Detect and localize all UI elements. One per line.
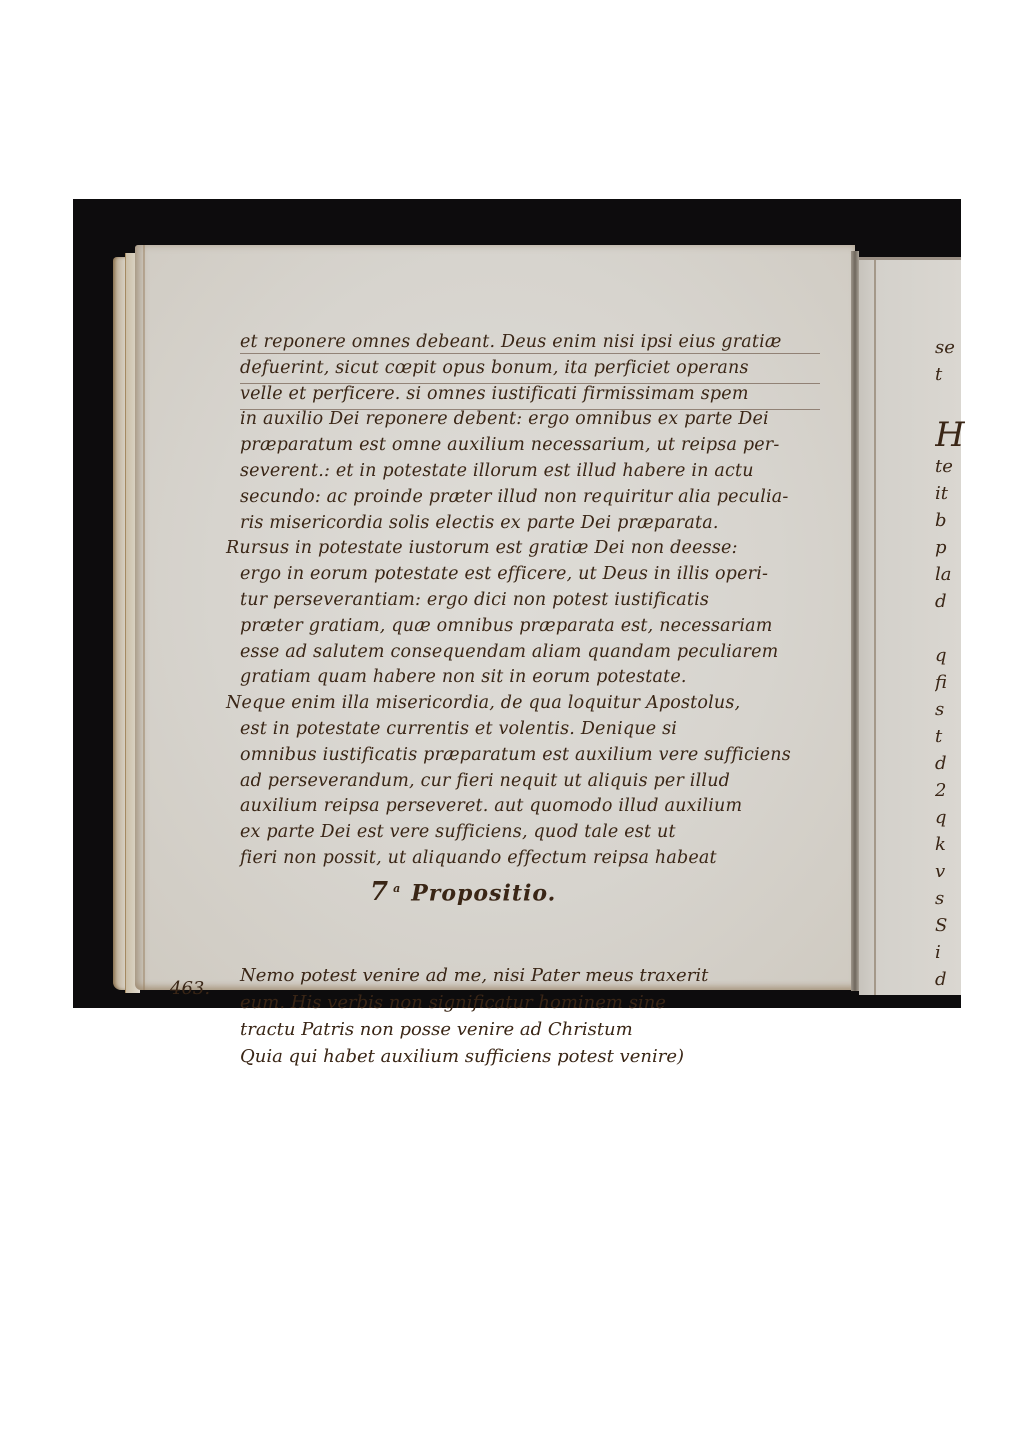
fragment: fi (935, 670, 965, 697)
fragment: s (935, 697, 965, 724)
fragment: t (935, 362, 965, 389)
right-page-fold (874, 260, 876, 995)
proposition-title: Propositio. (411, 880, 556, 906)
text-line: Neque enim illa misericordia, de qua loq… (226, 691, 820, 717)
manuscript-body-text: et reponere omnes debeant. Deus enim nis… (240, 330, 820, 910)
text-line: Quia qui habet auxilium sufficiens potes… (240, 1043, 840, 1070)
proposition-ordinal: a (393, 882, 401, 895)
fragment (935, 389, 965, 416)
text-line: et reponere omnes debeant. Deus enim nis… (240, 330, 820, 356)
text-line: ris misericordia solis electis ex parte … (240, 511, 820, 537)
fragment: d (935, 751, 965, 778)
proposition-heading: 7aPropositio. (240, 872, 820, 910)
proposition-text: Nemo potest venire ad me, nisi Pater meu… (240, 962, 840, 1070)
text-line: in auxilio Dei reponere debent: ergo omn… (240, 407, 820, 433)
text-line: præter gratiam, quæ omnibus præparata es… (240, 614, 820, 640)
text-line: esse ad salutem consequendam aliam quand… (240, 640, 820, 666)
text-line: severent.: et in potestate illorum est i… (240, 459, 820, 485)
text-line: eum. His verbis non significatur hominem… (240, 989, 840, 1016)
fragment: te (935, 454, 965, 481)
fragment: v (935, 859, 965, 886)
fragment: k (935, 832, 965, 859)
fragment: se (935, 335, 965, 362)
book-gutter (851, 251, 859, 991)
text-line: defuerint, sicut cœpit opus bonum, ita p… (240, 356, 820, 382)
text-line: velle et perficere. si omnes iustificati… (240, 382, 820, 408)
text-line: omnibus iustificatis præparatum est auxi… (240, 743, 820, 769)
text-line: ad perseverandum, cur fieri nequit ut al… (240, 769, 820, 795)
text-line: gratiam quam habere non sit in eorum pot… (240, 665, 820, 691)
fragment: q (935, 805, 965, 832)
text-line: secundo: ac proinde præter illud non req… (240, 485, 820, 511)
fragment: i (935, 940, 965, 967)
fragment: 2 (935, 778, 965, 805)
fragment (935, 616, 965, 643)
fragment: d (935, 967, 965, 994)
margin-number: 463. (170, 978, 210, 999)
text-line: est in potestate currentis et volentis. … (240, 717, 820, 743)
text-line: tur perseverantiam: ergo dici non potest… (240, 588, 820, 614)
text-line: ex parte Dei est vere sufficiens, quod t… (240, 820, 820, 846)
text-line: præparatum est omne auxilium necessarium… (240, 433, 820, 459)
fragment: H (935, 416, 965, 454)
text-line: Nemo potest venire ad me, nisi Pater meu… (240, 962, 840, 989)
fragment: p (935, 535, 965, 562)
text-line: tractu Patris non posse venire ad Christ… (240, 1016, 840, 1043)
proposition-number: 7 (370, 877, 389, 907)
fragment: q (935, 643, 965, 670)
text-line: auxilium reipsa perseveret. aut quomodo … (240, 794, 820, 820)
fragment: it (935, 481, 965, 508)
text-line: Rursus in potestate iustorum est gratiæ … (226, 536, 820, 562)
fragment: S (935, 913, 965, 940)
fragment: la (935, 562, 965, 589)
right-page-text-fragments: se t H te it b p la d q fi s t d 2 q k v… (935, 335, 965, 994)
fragment: d (935, 589, 965, 616)
text-line: fieri non possit, ut aliquando effectum … (240, 846, 820, 872)
text-line: ergo in eorum potestate est efficere, ut… (240, 562, 820, 588)
fragment: t (935, 724, 965, 751)
fragment: b (935, 508, 965, 535)
fragment: s (935, 886, 965, 913)
